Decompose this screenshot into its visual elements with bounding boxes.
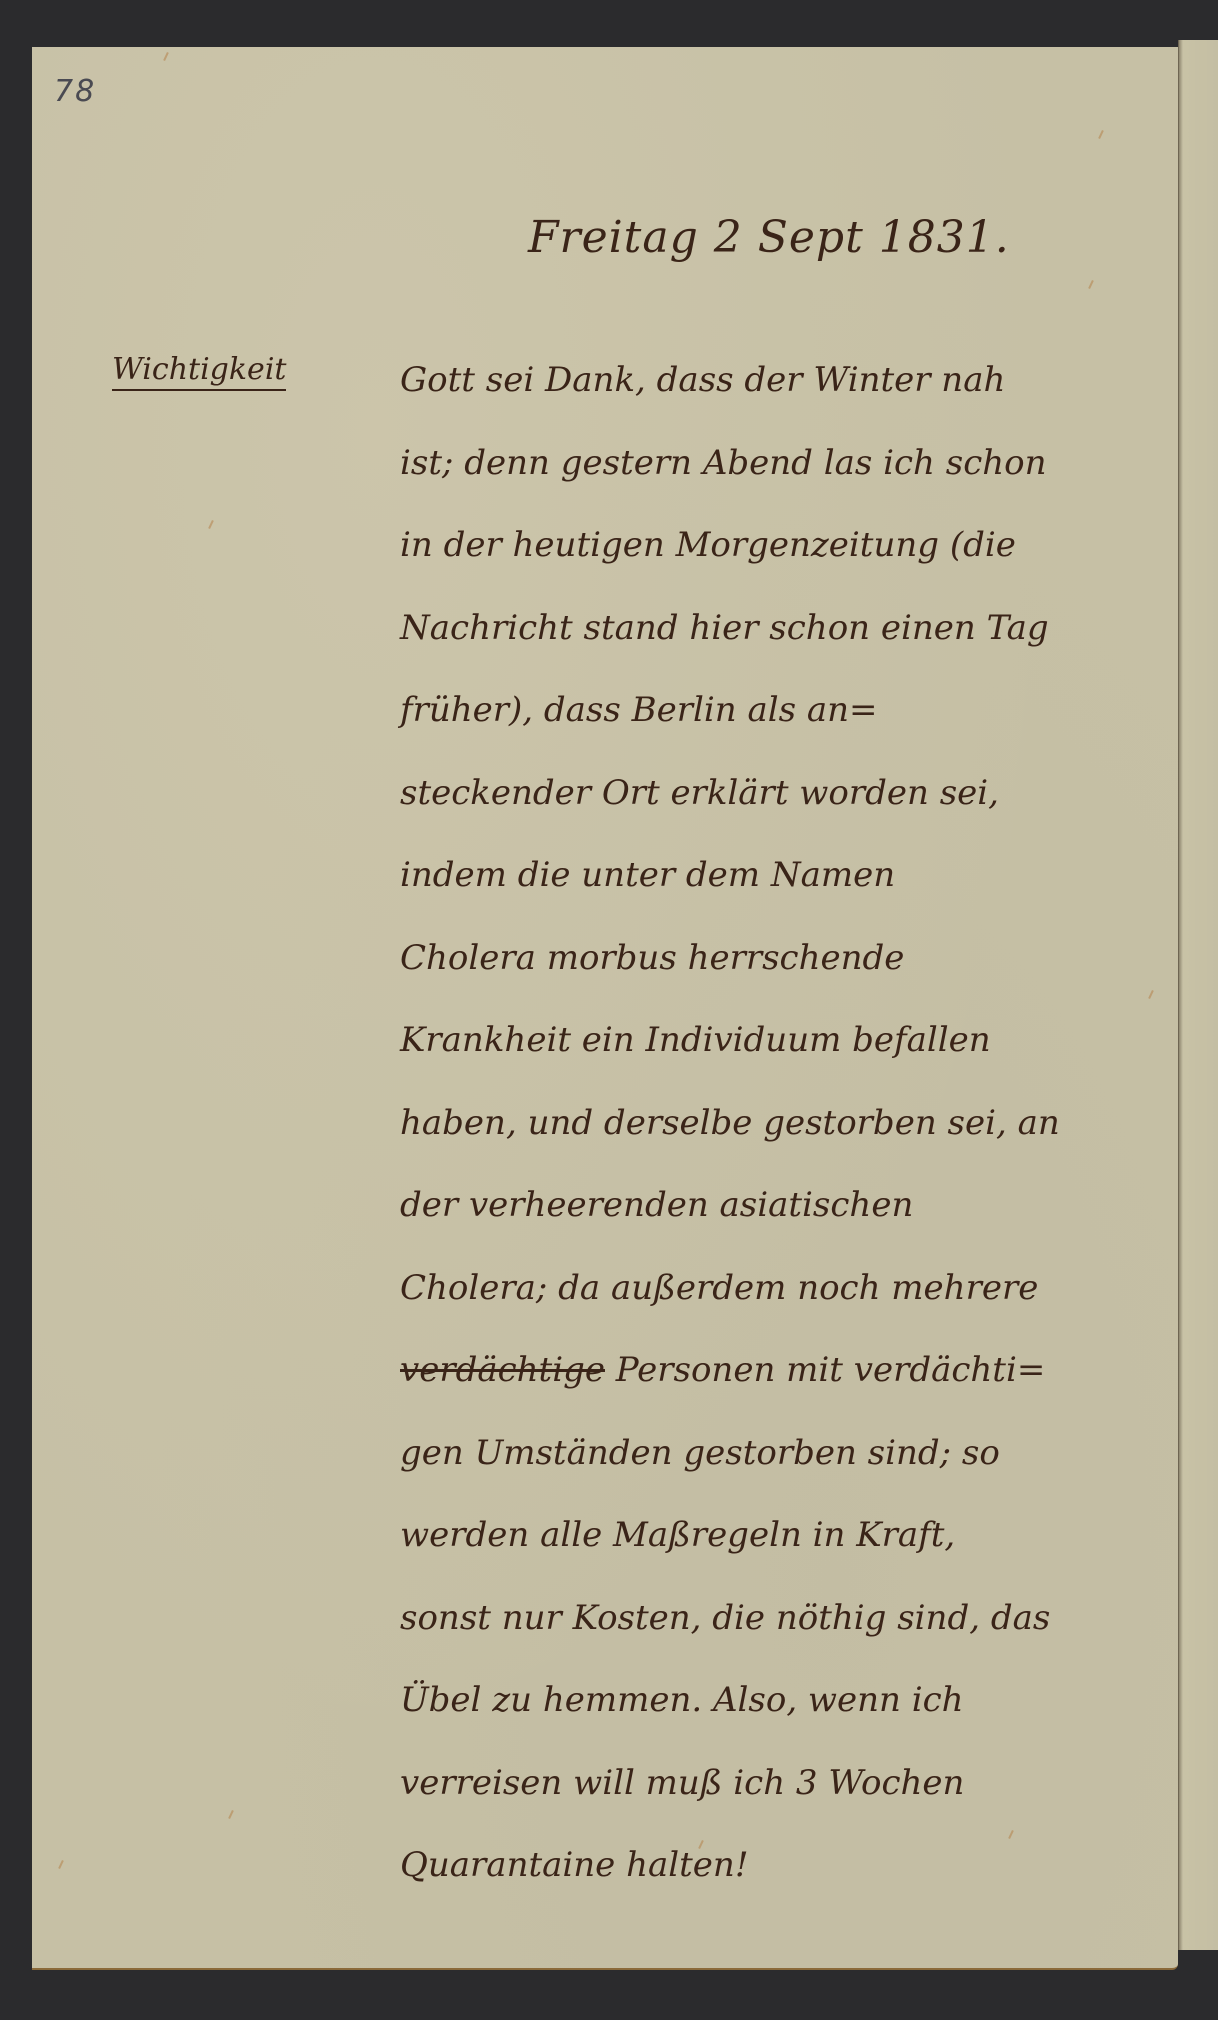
text-line: ist; denn gestern Abend las ich schon bbox=[400, 443, 1120, 526]
struck-word: verdächtige bbox=[400, 1350, 605, 1390]
text-line-rest: Personen mit verdächti= bbox=[605, 1350, 1045, 1390]
margin-note: Wichtigkeit bbox=[112, 352, 286, 391]
text-line: Krankheit ein Individuum befallen bbox=[400, 1020, 1120, 1103]
text-line: in der heutigen Morgenzeitung (die bbox=[400, 525, 1120, 608]
text-line: Nachricht stand hier schon einen Tag bbox=[400, 608, 1120, 691]
body-text: Gott sei Dank, dass der Winter nah ist; … bbox=[400, 360, 1120, 1928]
text-line: gen Umständen gestorben sind; so bbox=[400, 1433, 1120, 1516]
text-line: Gott sei Dank, dass der Winter nah bbox=[400, 360, 1120, 443]
text-line: der verheerenden asiatischen bbox=[400, 1185, 1120, 1268]
adjacent-page-edge bbox=[1178, 40, 1218, 1950]
text-line: steckender Ort erklärt worden sei, bbox=[400, 773, 1120, 856]
text-line: sonst nur Kosten, die nöthig sind, das bbox=[400, 1598, 1120, 1681]
text-line: indem die unter dem Namen bbox=[400, 855, 1120, 938]
text-line: Cholera morbus herrschende bbox=[400, 938, 1120, 1021]
text-line: werden alle Maßregeln in Kraft, bbox=[400, 1515, 1120, 1598]
folio-number: 78 bbox=[54, 74, 96, 109]
text-line: Quarantaine halten! bbox=[400, 1845, 1120, 1928]
date-heading: Freitag 2 Sept 1831. bbox=[528, 212, 1010, 263]
text-line: Cholera; da außerdem noch mehrere bbox=[400, 1268, 1120, 1351]
text-line: verdächtige Personen mit verdächti= bbox=[400, 1350, 1120, 1433]
text-line: Übel zu hemmen. Also, wenn ich bbox=[400, 1680, 1120, 1763]
text-line: haben, und derselbe gestorben sei, an bbox=[400, 1103, 1120, 1186]
text-line: früher), dass Berlin als an= bbox=[400, 690, 1120, 773]
